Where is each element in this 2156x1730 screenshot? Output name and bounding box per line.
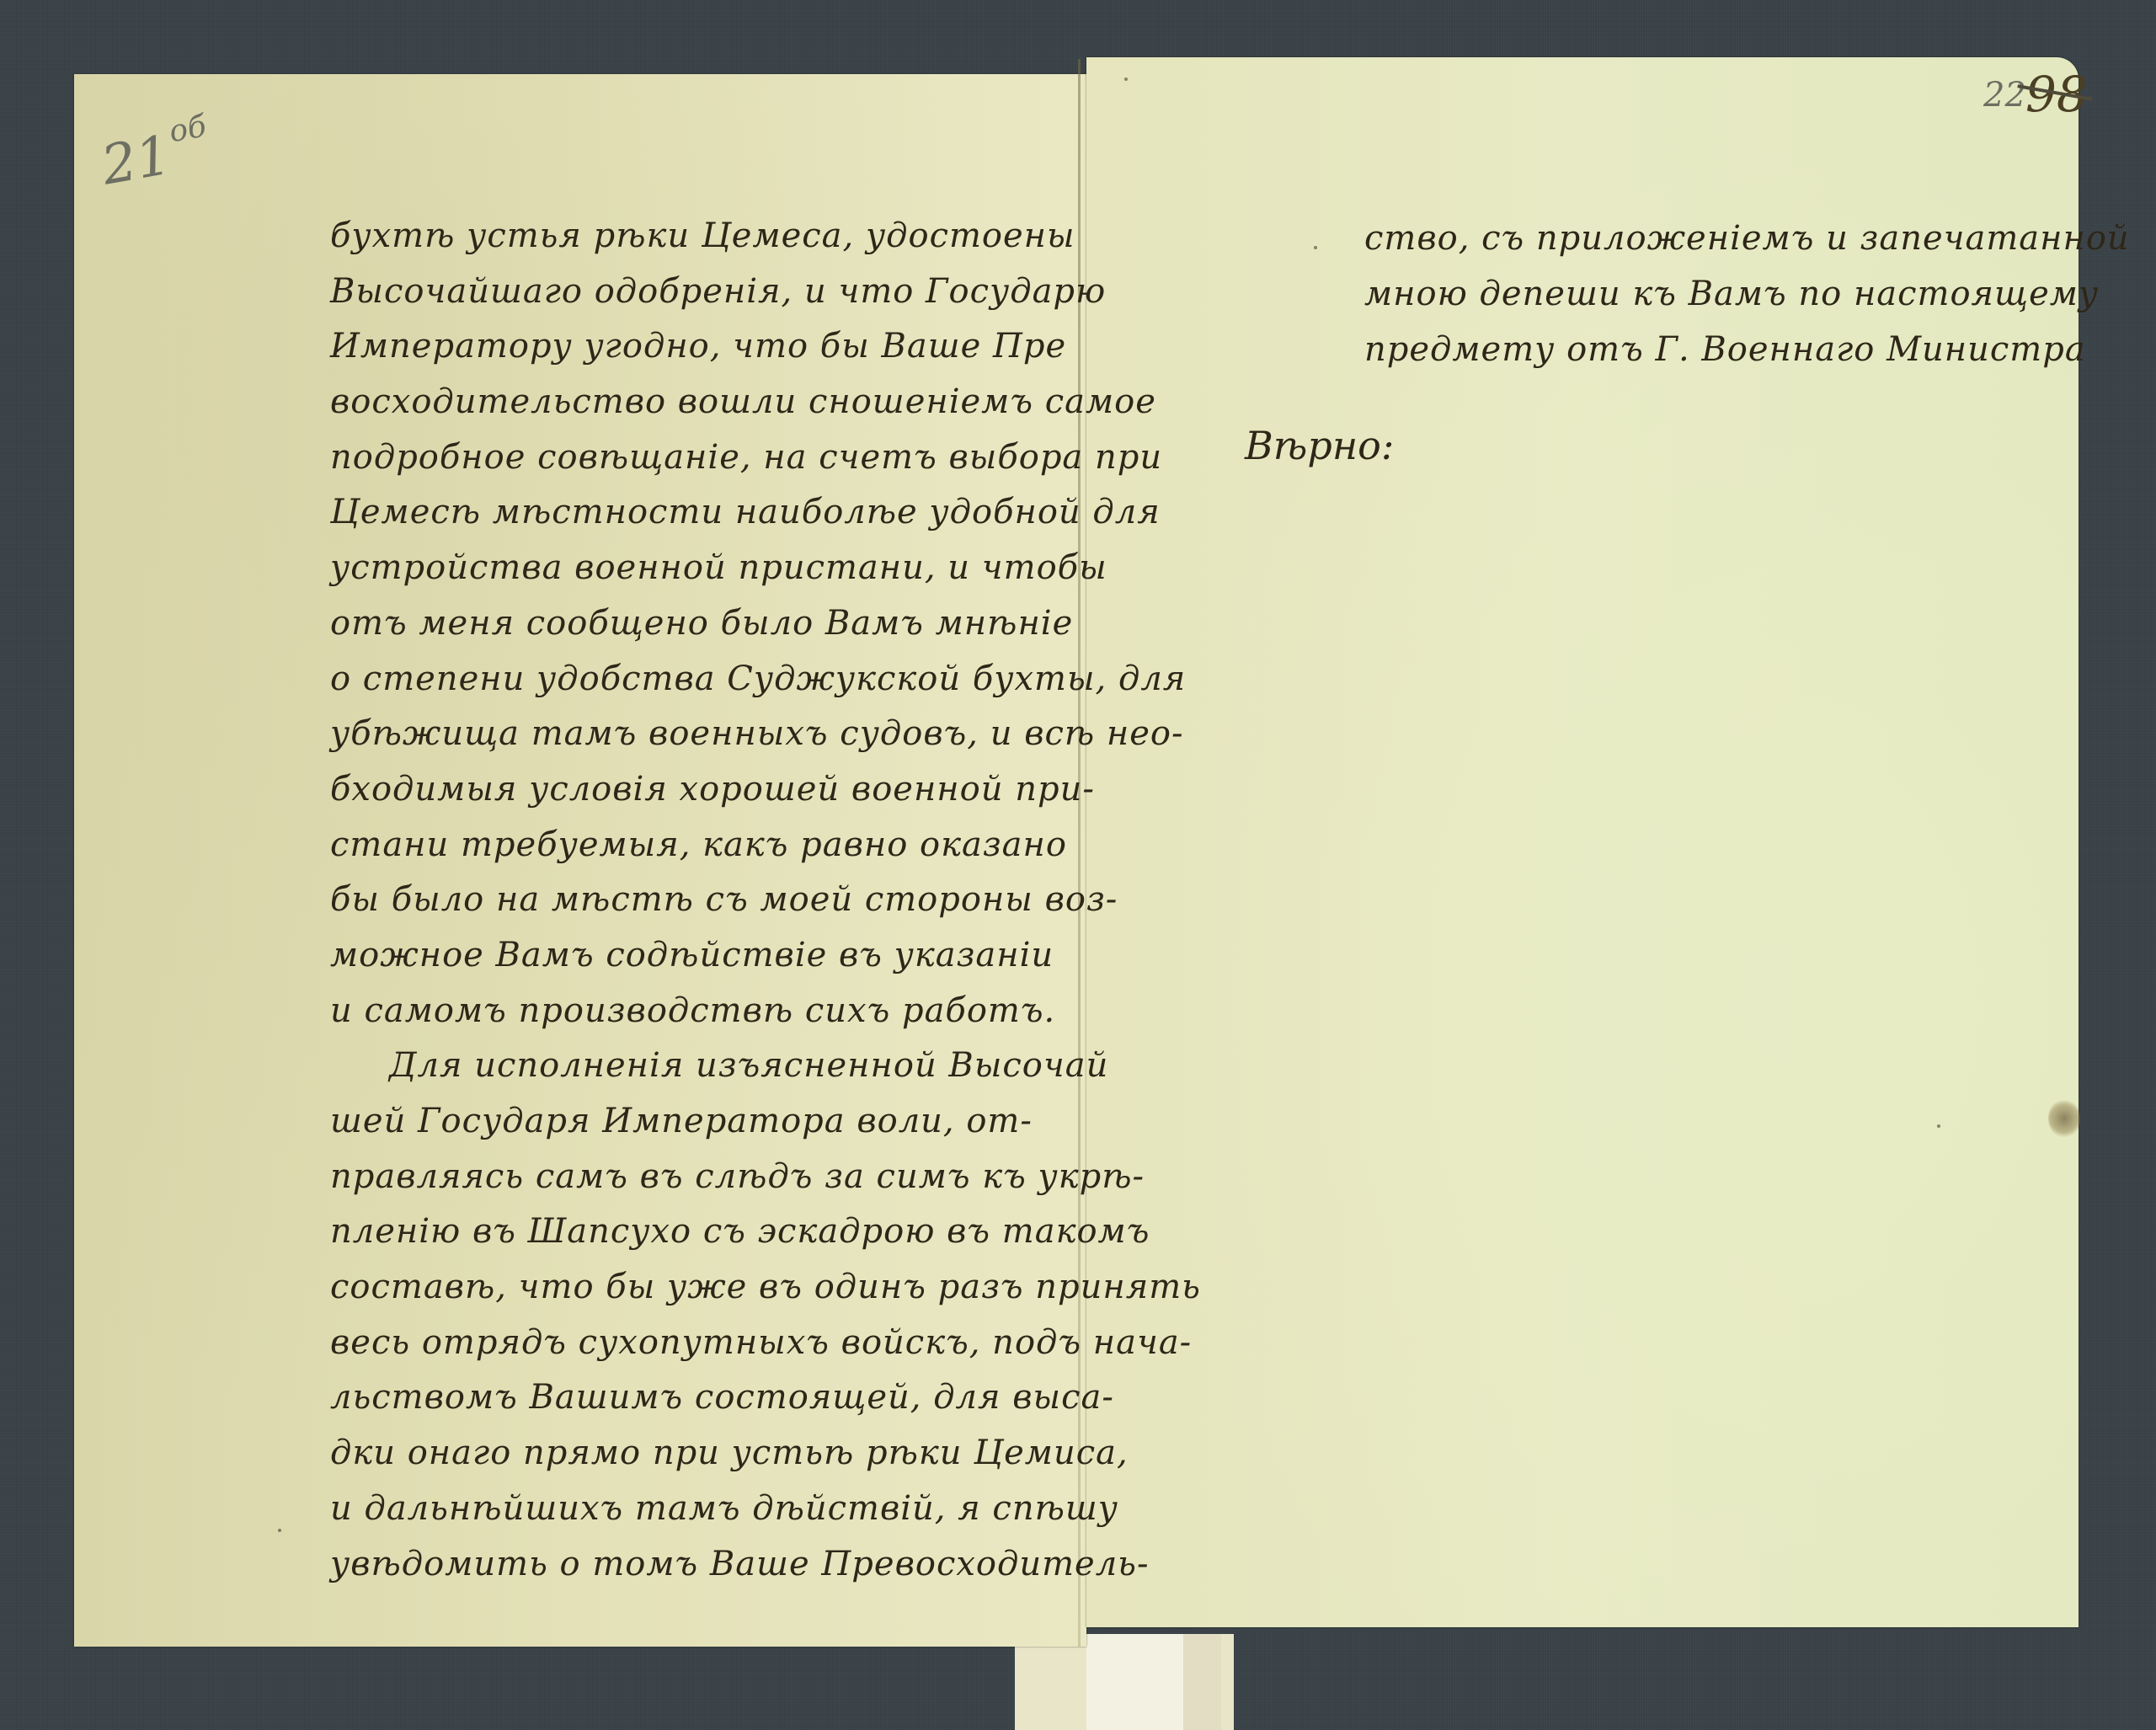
right-page-text: ство, съ приложеніемъ и запечатанной мно… xyxy=(1364,211,2089,377)
text-line: дки онаго прямо при устьѣ рѣки Цемиса, xyxy=(330,1426,1088,1482)
text-line: подробное совѣщаніе, на счетъ выбора при xyxy=(330,430,1088,486)
text-line: правляясь самъ въ слѣдъ за симъ къ укрѣ- xyxy=(330,1150,1088,1205)
text-line: о степени удобства Суджукской бухты, для xyxy=(330,652,1088,707)
text-line: восходительство вошли сношеніемъ самое xyxy=(330,375,1088,430)
text-line: шей Государя Императора воли, от- xyxy=(330,1094,1088,1150)
text-line: предмету отъ Г. Военнаго Министра xyxy=(1364,322,2089,377)
closing-attestation: Вѣрно: xyxy=(1245,423,1394,468)
left-page-text: бухтѣ устья рѣки Цемеса, удостоены Высоч… xyxy=(330,209,1088,1592)
text-line: льствомъ Вашимъ состоящей, для выса- xyxy=(330,1370,1088,1426)
text-line: устройства военной пристани, и чтобы xyxy=(330,541,1088,596)
paper-speck xyxy=(1937,1124,1940,1128)
text-line: пленію въ Шапсухо съ эскадрою въ такомъ xyxy=(330,1204,1088,1260)
left-folio-suffix: об xyxy=(167,109,209,149)
text-line: Цемесѣ мѣстности наиболѣе удобной для xyxy=(330,485,1088,541)
text-line: отъ меня сообщено было Вамъ мнѣніе xyxy=(330,596,1088,652)
text-line: весь отрядъ сухопутныхъ войскъ, подъ нач… xyxy=(330,1316,1088,1371)
binding-tab-strip xyxy=(1015,1634,1234,1730)
binding-tab-edge xyxy=(1183,1634,1221,1730)
paragraph-start-line: Для исполненія изъясненной Высочай xyxy=(330,1039,1088,1094)
paper-speck xyxy=(278,1529,281,1532)
text-line: стани требуемыя, какъ равно оказано xyxy=(330,818,1088,873)
text-line: бы было на мѣстѣ съ моей стороны воз- xyxy=(330,873,1088,928)
text-line: составѣ, что бы уже въ одинъ разъ принят… xyxy=(330,1260,1088,1316)
text-line: и самомъ производствѣ сихъ работъ. xyxy=(330,984,1088,1039)
binding-tab-transparent xyxy=(1086,1634,1183,1730)
right-folio-pencil-number: 22 xyxy=(1983,76,2026,115)
paper-speck xyxy=(1314,246,1317,249)
paper-speck xyxy=(1124,77,1128,81)
ink-stain xyxy=(2048,1099,2080,1138)
text-line: увѣдомить о томъ Ваше Превосходитель- xyxy=(330,1537,1088,1593)
text-line: мною депеши къ Вамъ по настоящему xyxy=(1364,266,2089,322)
left-folio-digits: 21 xyxy=(97,125,175,198)
text-line: Высочайшаго одобренія, и что Государю xyxy=(330,264,1088,320)
text-line: бухтѣ устья рѣки Цемеса, удостоены xyxy=(330,209,1088,264)
text-line: можное Вамъ содѣйствіе въ указаніи xyxy=(330,928,1088,984)
text-line: Императору угодно, что бы Ваше Пре xyxy=(330,319,1088,375)
text-line: бходимыя условія хорошей военной при- xyxy=(330,762,1088,818)
right-folio-ink-number-struck: 98 xyxy=(2025,66,2088,123)
text-line: убѣжища тамъ военныхъ судовъ, и всѣ нео- xyxy=(330,707,1088,762)
text-line: и дальнѣйшихъ тамъ дѣйствій, я спѣшу xyxy=(330,1482,1088,1537)
document-scan: 21об 22 98 бухтѣ устья рѣки Цемеса, удос… xyxy=(0,0,2156,1730)
text-line: ство, съ приложеніемъ и запечатанной xyxy=(1364,211,2089,266)
